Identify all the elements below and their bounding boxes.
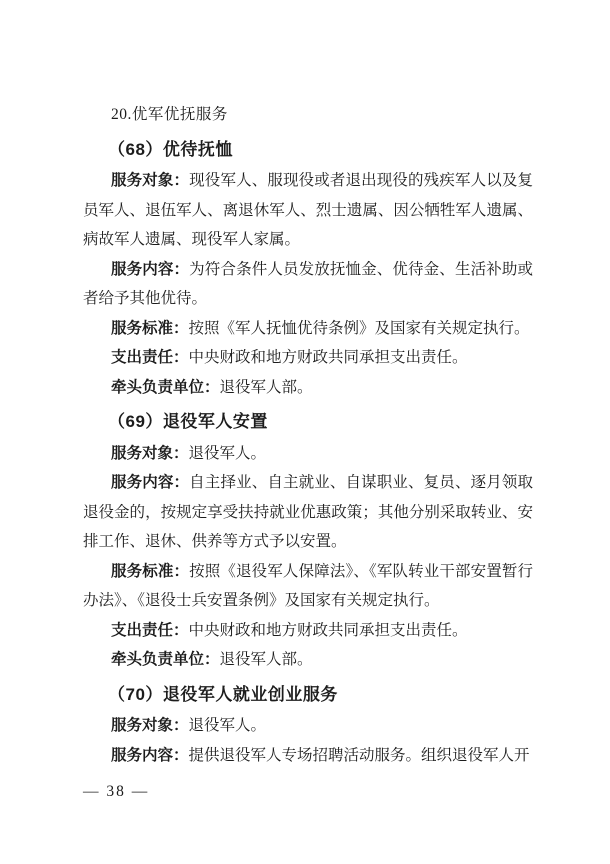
section-heading-70: （70）退役军人就业创业服务 [83,680,533,710]
field-text: 中央财政和地方财政共同承担支出责任。 [189,622,468,639]
field-label: 牵头负责单位： [111,651,220,668]
paragraph: 服务标准：按照《退役军人保障法》、《军队转业干部安置暂行办法》、《退役士兵安置条… [83,557,533,616]
paragraph: 牵头负责单位：退役军人部。 [83,645,533,675]
field-text: 退役军人。 [189,445,267,462]
paragraph: 支出责任：中央财政和地方财政共同承担支出责任。 [83,616,533,646]
paragraph: 服务对象：退役军人。 [83,711,533,741]
field-text: 中央财政和地方财政共同承担支出责任。 [189,349,468,366]
paragraph: 服务内容：自主择业、自主就业、自谋职业、复员、逐月领取退役金的，按规定享受扶持就… [83,468,533,557]
field-label: 服务标准： [111,320,189,337]
document-page: 20.优军优抚服务 （68）优待抚恤 服务对象：现役军人、服现役或者退出现役的残… [0,0,610,864]
paragraph: 服务对象：现役军人、服现役或者退出现役的残疾军人以及复员军人、退伍军人、离退休军… [83,166,533,255]
field-text: 退役军人部。 [220,379,313,396]
field-label: 服务对象： [111,445,189,462]
field-label: 牵头负责单位： [111,379,220,396]
field-label: 支出责任： [111,349,189,366]
paragraph: 服务标准：按照《军人抚恤优待条例》及国家有关规定执行。 [83,314,533,344]
field-label: 服务对象： [111,172,189,189]
paragraph: 牵头负责单位：退役军人部。 [83,373,533,403]
document-content: 20.优军优抚服务 （68）优待抚恤 服务对象：现役军人、服现役或者退出现役的残… [83,100,533,770]
document-title: 20.优军优抚服务 [83,100,533,130]
paragraph: 支出责任：中央财政和地方财政共同承担支出责任。 [83,343,533,373]
field-text: 退役军人部。 [220,651,313,668]
paragraph: 服务内容：提供退役军人专场招聘活动服务。组织退役军人开 [83,741,533,771]
field-label: 服务对象： [111,717,189,734]
field-text: 退役军人。 [189,717,267,734]
field-text: 提供退役军人专场招聘活动服务。组织退役军人开 [189,747,530,764]
paragraph: 服务内容：为符合条件人员发放抚恤金、优待金、生活补助或者给予其他优待。 [83,255,533,314]
section-heading-69: （69）退役军人安置 [83,407,533,437]
field-label: 服务内容： [111,261,189,278]
field-label: 服务标准： [111,563,189,580]
section-heading-68: （68）优待抚恤 [83,135,533,165]
field-label: 支出责任： [111,622,189,639]
page-number: — 38 — [83,782,149,802]
field-label: 服务内容： [111,474,189,491]
field-label: 服务内容： [111,747,189,764]
field-text: 按照《军人抚恤优待条例》及国家有关规定执行。 [189,320,530,337]
paragraph: 服务对象：退役军人。 [83,439,533,469]
